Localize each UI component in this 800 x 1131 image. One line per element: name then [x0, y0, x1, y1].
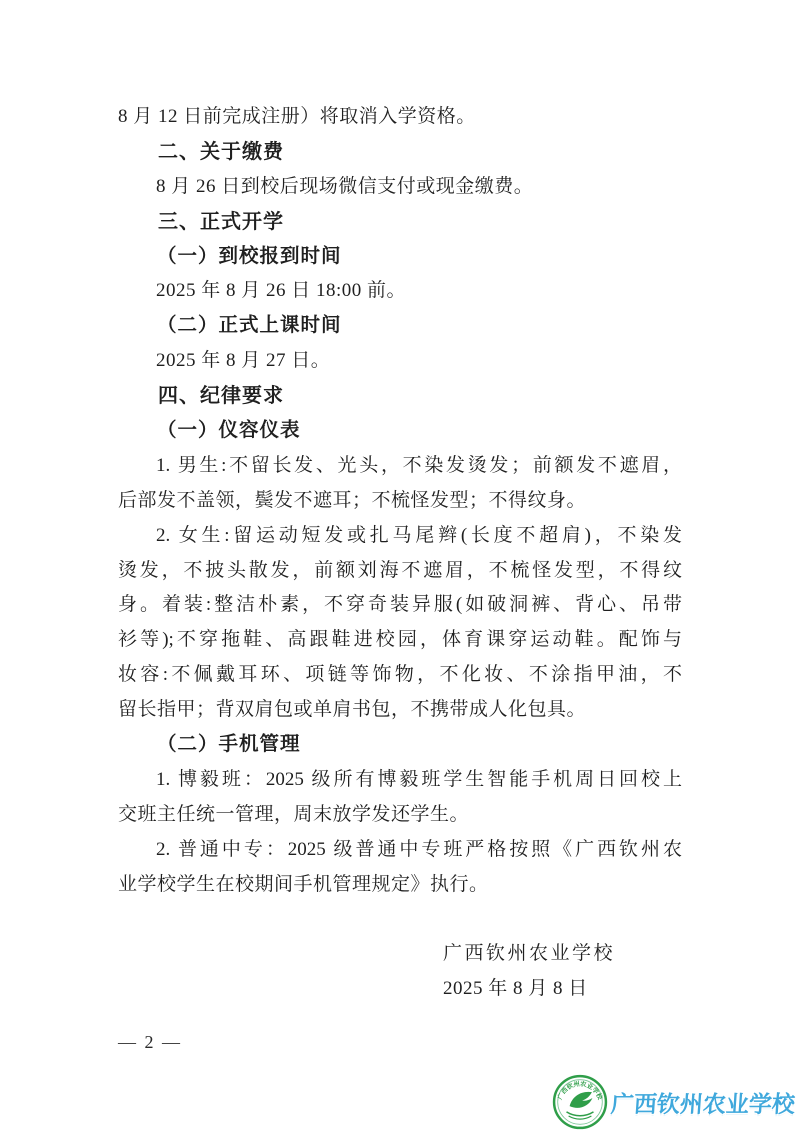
doc-line: 2. 女生:留运动短发或扎马尾辫(长度不超肩)，不染发	[118, 519, 682, 554]
document-page: 8 月 12 日前完成注册）将取消入学资格。二、关于缴费8 月 26 日到校后现…	[0, 0, 800, 1131]
subsection-heading: （二）手机管理	[118, 728, 682, 763]
subsection-heading: （一）仪容仪表	[118, 414, 682, 449]
section-heading: 三、正式开学	[118, 205, 682, 240]
section-heading: 二、关于缴费	[118, 135, 682, 170]
doc-line: 8 月 26 日到校后现场微信支付或现金缴费。	[118, 170, 682, 205]
doc-line: 身。着装:整洁朴素，不穿奇装异服(如破洞裤、背心、吊带	[118, 588, 682, 623]
doc-line: 1. 博毅班：2025 级所有博毅班学生智能手机周日回校上	[118, 763, 682, 798]
doc-line: 2. 普通中专：2025 级普通中专班严格按照《广西钦州农	[118, 833, 682, 868]
doc-line: 8 月 12 日前完成注册）将取消入学资格。	[118, 100, 682, 135]
section-heading: 四、纪律要求	[118, 379, 682, 414]
doc-line: 烫发，不披头散发，前额刘海不遮眉，不梳怪发型，不得纹	[118, 554, 682, 589]
document-body: 8 月 12 日前完成注册）将取消入学资格。二、关于缴费8 月 26 日到校后现…	[118, 100, 682, 1007]
page-number: — 2 —	[118, 1032, 182, 1053]
doc-line: 1. 男生:不留长发、光头，不染发烫发；前额发不遮眉，	[118, 449, 682, 484]
doc-line: 2025 年 8 月 26 日 18:00 前。	[118, 274, 682, 309]
watermark-school-name: 广西钦州农业学校	[610, 1086, 796, 1119]
doc-line: 妆容:不佩戴耳环、项链等饰物，不化妆、不涂指甲油，不	[118, 658, 682, 693]
doc-line: 留长指甲；背双肩包或单肩书包，不携带成人化包具。	[118, 693, 682, 728]
school-logo-icon: 广西钦州农业学校	[552, 1074, 608, 1130]
signature-date: 2025 年 8 月 8 日	[118, 972, 682, 1007]
doc-line: 交班主任统一管理，周末放学发还学生。	[118, 798, 682, 833]
doc-line: 2025 年 8 月 27 日。	[118, 344, 682, 379]
subsection-heading: （二）正式上课时间	[118, 309, 682, 344]
site-watermark: 广西钦州农业学校 广西钦州农业学校	[552, 1074, 795, 1130]
doc-line: 业学校学生在校期间手机管理规定》执行。	[118, 868, 682, 903]
doc-line: 衫等);不穿拖鞋、高跟鞋进校园，体育课穿运动鞋。配饰与	[118, 623, 682, 658]
subsection-heading: （一）到校报到时间	[118, 240, 682, 275]
blank-line	[118, 902, 682, 937]
signature-organization: 广西钦州农业学校	[118, 937, 682, 972]
doc-line: 后部发不盖领，鬓发不遮耳；不梳怪发型；不得纹身。	[118, 484, 682, 519]
